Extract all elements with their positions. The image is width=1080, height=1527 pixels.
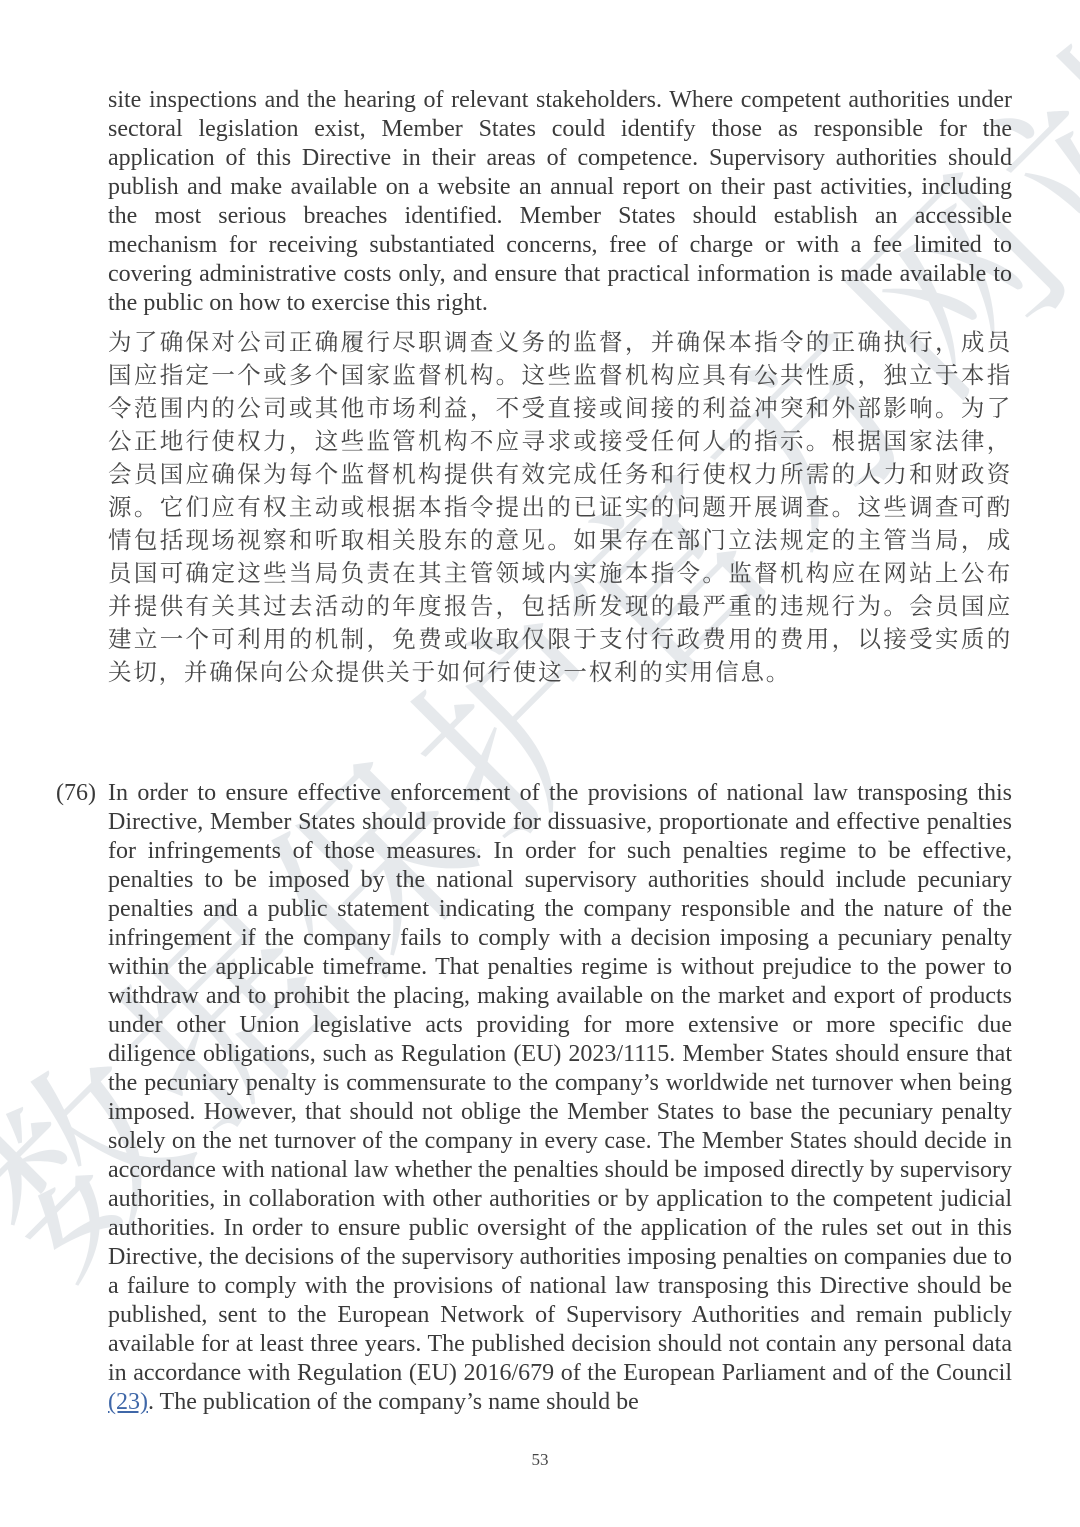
footnote-23-link[interactable]: (23) xyxy=(108,1389,148,1415)
recital-76: (76)In order to ensure effective enforce… xyxy=(56,779,1012,1417)
document-page: { "page": { "watermark_text": "数据保护官方网站"… xyxy=(0,0,1080,1527)
paragraph-continuation-chinese: 为了确保对公司正确履行尽职调查义务的监督，并确保本指令的正确执行，成员国应指定一… xyxy=(108,327,1012,690)
paragraph-continuation-english: site inspections and the hearing of rele… xyxy=(108,86,1012,318)
page-number: 53 xyxy=(0,1450,1080,1470)
recital-76-number: (76) xyxy=(56,779,108,808)
recital-76-paragraph: (76)In order to ensure effective enforce… xyxy=(56,779,1012,1417)
recital-76-text-before-link: In order to ensure effective enforcement… xyxy=(108,780,1012,1386)
recital-76-text-after-link: . The publication of the company’s name … xyxy=(148,1389,639,1415)
